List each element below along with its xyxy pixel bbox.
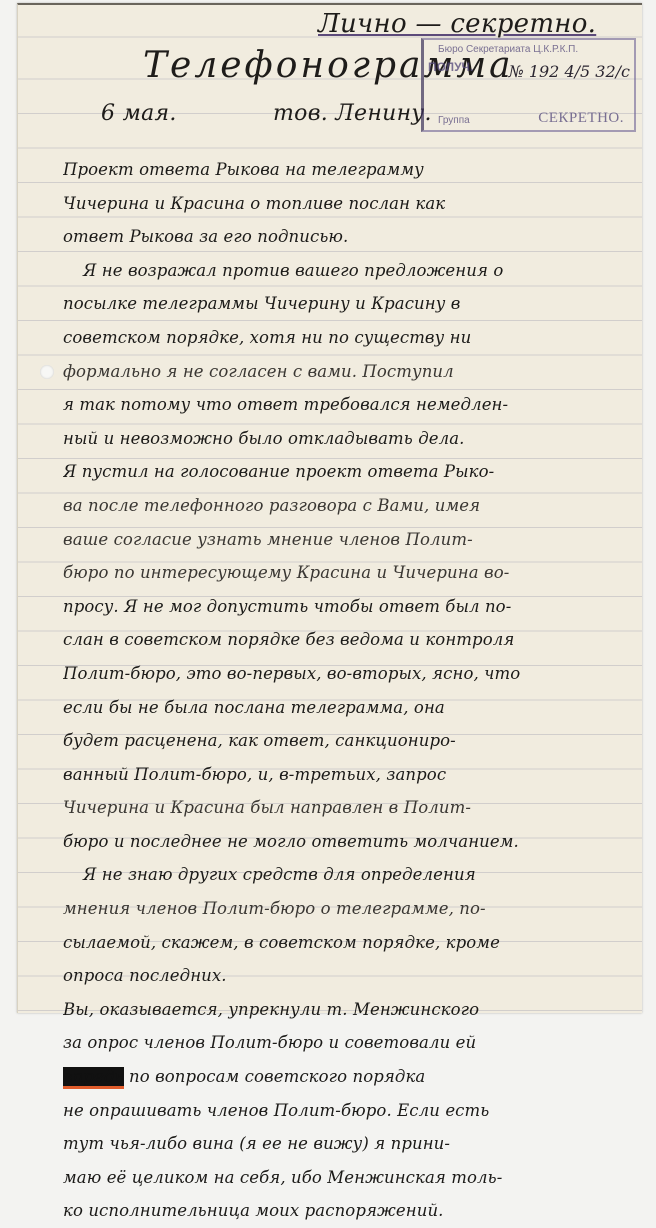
stamp-organization: Бюро Секретариата Ц.К.Р.К.П. <box>438 44 578 55</box>
text-line: Полит-бюро, это во-первых, во-вторых, яс… <box>63 657 643 691</box>
text-line: бюро и последнее не могло ответить молча… <box>63 825 643 859</box>
text-line: Я пустил на голосование проект ответа Ры… <box>63 455 643 489</box>
stamp-group: Группа <box>438 115 470 126</box>
text-line: сылаемой, скажем, в советском порядке, к… <box>63 926 643 960</box>
text-line: опроса последних. <box>63 959 643 993</box>
text-line: Я не возражал против вашего предложения … <box>63 254 643 288</box>
document-body: Проект ответа Рыкова на телеграмму Чичер… <box>63 153 643 1015</box>
text-line: бюро по интересующему Красина и Чичерина… <box>63 556 643 590</box>
text-line: я так потому что ответ требовался немедл… <box>63 388 643 422</box>
text-line: Чичерина и Красина о топливе послан как <box>63 187 643 221</box>
text-line: Проект ответа Рыкова на телеграмму <box>63 153 643 187</box>
text-line: ответ Рыкова за его подписью. <box>63 220 643 254</box>
text-line: просу. Я не мог допустить чтобы ответ бы… <box>63 590 643 624</box>
text-line: формально я не согласен с вами. Поступил <box>63 355 643 389</box>
text-line: ва после телефонного разговора с Вами, и… <box>63 489 643 523</box>
text-line: ванный Полит-бюро, и, в-третьих, запрос <box>63 758 643 792</box>
stamp-number: № 192 4/5 32/с <box>509 62 630 81</box>
text-line: Я не знаю других средств для определения <box>63 858 643 892</box>
document-page: Лично — секретно. Телефонограмма 6 мая. … <box>17 3 642 1013</box>
text-line: советском порядке, хотя ни по существу н… <box>63 321 643 355</box>
stamp-secret: СЕКРЕТНО. <box>538 110 624 127</box>
document-date: 6 мая. <box>101 101 177 126</box>
text-line: ный и невозможно было откладывать дела. <box>63 422 643 456</box>
text-line: если бы не была послана телеграмма, она <box>63 691 643 725</box>
text-line: Чичерина и Красина был направлен в Полит… <box>63 791 643 825</box>
addressee: тов. Ленину. <box>273 101 432 126</box>
text-line: будет расценена, как ответ, санкциониро- <box>63 724 643 758</box>
text-line: Вы, оказывается, упрекнули т. Менжинског… <box>63 993 643 1015</box>
stamp-received: ПОЛУЧ. <box>428 60 473 74</box>
text-line: мнения членов Полит-бюро о телеграмме, п… <box>63 892 643 926</box>
registration-stamp: Бюро Секретариата Ц.К.Р.К.П. ПОЛУЧ. № 19… <box>421 38 636 132</box>
punch-hole <box>40 365 54 379</box>
text-line: посылке телеграммы Чичерину и Красину в <box>63 287 643 321</box>
confidential-marking: Лично — секретно. <box>318 9 596 39</box>
text-line: слан в советском порядке без ведома и ко… <box>63 623 643 657</box>
text-line: ваше согласие узнать мнение членов Полит… <box>63 523 643 557</box>
